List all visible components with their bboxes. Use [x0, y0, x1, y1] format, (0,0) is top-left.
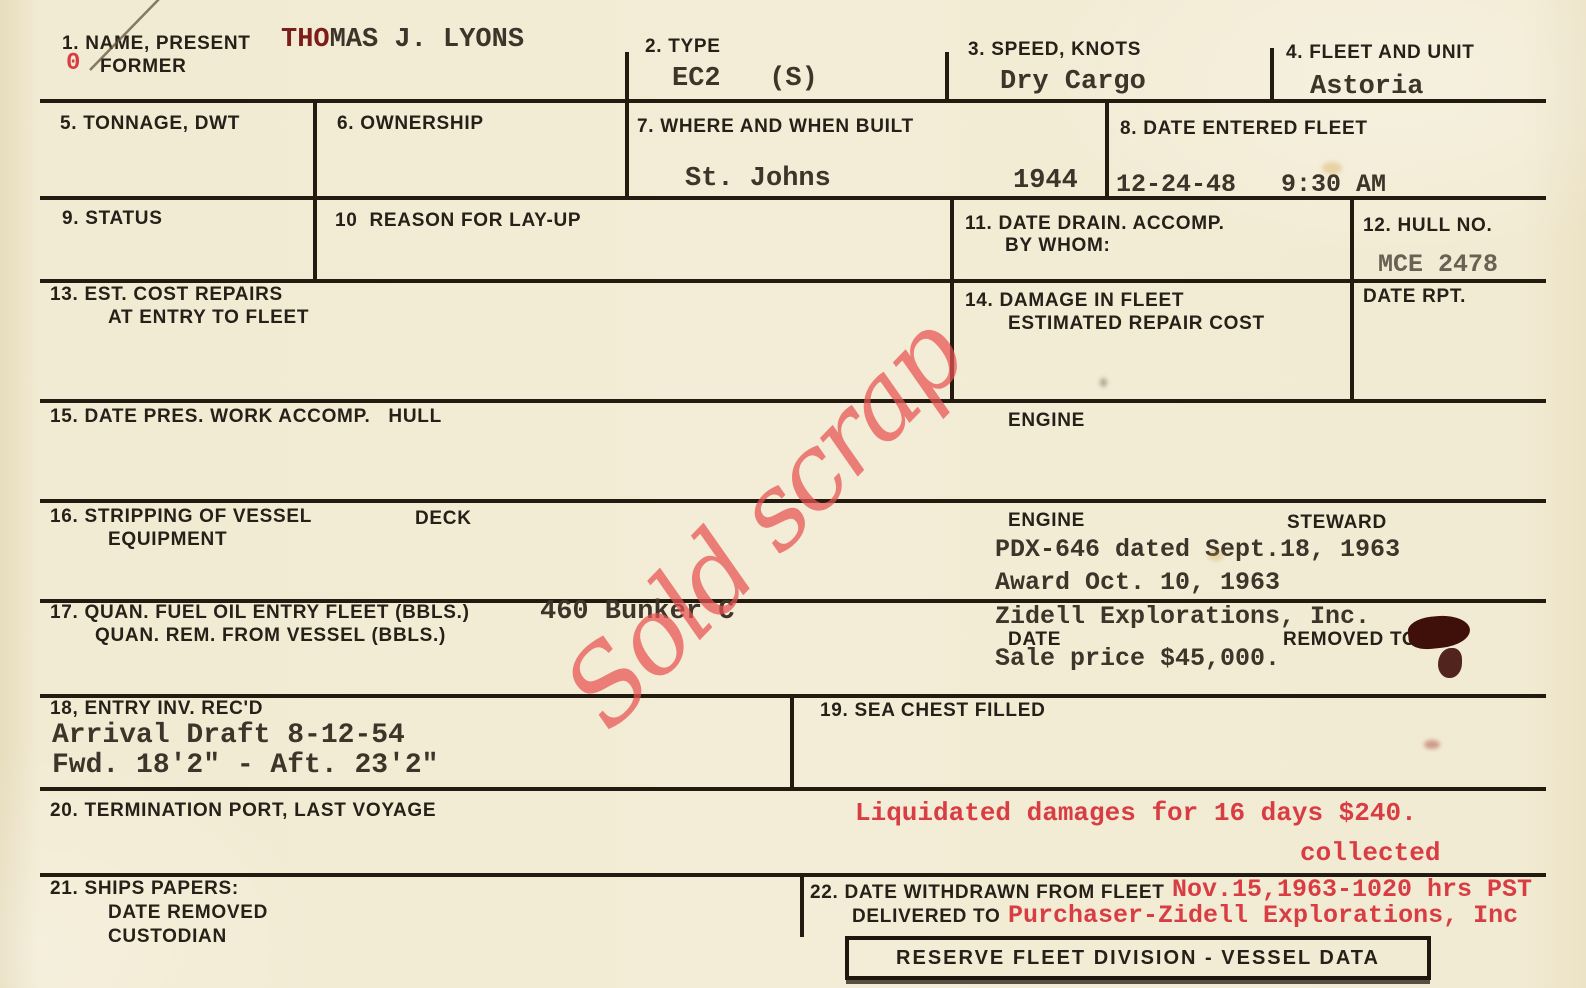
divider [800, 873, 804, 937]
divider [790, 694, 794, 788]
field-1-name-value: THOMAS J. LYONS [281, 25, 524, 55]
field-9-status-label: 9. STATUS [62, 208, 163, 230]
divider [1105, 99, 1109, 197]
field-7-built-year: 1944 [1013, 166, 1078, 196]
name-value-black-part: MAS J. LYONS [330, 25, 524, 55]
field-2-type-label: 2. TYPE [645, 36, 721, 58]
field-16-stripping-label: 16. STRIPPING OF VESSEL [50, 506, 312, 528]
field-16-engine-label: ENGINE [1008, 510, 1085, 532]
arrival-draft-line: Arrival Draft 8-12-54 [52, 720, 405, 751]
date-rpt-label: DATE RPT. [1363, 286, 1466, 308]
field-8-entered-label: 8. DATE ENTERED FLEET [1120, 118, 1368, 140]
field-1-name-label: 1. NAME, PRESENT [62, 33, 251, 55]
field-17-fuel-value: 460 Bunker C [540, 597, 734, 627]
delivered-to-label: DELIVERED TO [852, 906, 1000, 928]
ink-blot [1438, 648, 1462, 678]
divider [625, 99, 629, 197]
withdrawn-date-value: Nov.15,1963-1020 hrs PST [1172, 875, 1532, 904]
divider [625, 52, 629, 100]
field-3-speed-value: Dry Cargo [1000, 67, 1146, 97]
draft-depths-line: Fwd. 18'2" - Aft. 23'2" [52, 750, 438, 781]
ink-blot [1406, 613, 1471, 651]
field-15-engine-label: ENGINE [1008, 410, 1085, 432]
field-17-fuel-label: 17. QUAN. FUEL OIL ENTRY FLEET (BBLS.) [50, 602, 470, 624]
field-6-ownership-label: 6. OWNERSHIP [337, 113, 484, 135]
card-footer-title-box: RESERVE FLEET DIVISION - VESSEL DATA [845, 936, 1431, 980]
divider [945, 52, 949, 100]
field-15-work-label: 15. DATE PRES. WORK ACCOMP. HULL [50, 406, 442, 428]
award-reference-line: PDX-646 dated Sept.18, 1963 [995, 535, 1400, 564]
field-16-equipment-label: EQUIPMENT [108, 529, 227, 551]
field-7-built-place: St. Johns [685, 164, 831, 194]
field-12-hull-label: 12. HULL NO. [1363, 215, 1492, 237]
field-13-estcost-label: 13. EST. COST REPAIRS [50, 284, 283, 306]
delivered-to-value: Purchaser-Zidell Explorations, Inc [1008, 901, 1518, 930]
card-footer-title: RESERVE FLEET DIVISION - VESSEL DATA [896, 947, 1380, 970]
field-21-dateremoved-label: DATE REMOVED [108, 902, 268, 924]
divider [1350, 196, 1354, 280]
field-16-steward-label: STEWARD [1287, 512, 1387, 534]
field-11-drain-label: 11. DATE DRAIN. ACCOMP. [965, 213, 1225, 235]
divider [313, 99, 317, 197]
field-5-tonnage-label: 5. TONNAGE, DWT [60, 113, 240, 135]
field-16-deck-label: DECK [415, 508, 472, 530]
divider [40, 279, 1546, 283]
field-12-hull-value: MCE 2478 [1378, 250, 1498, 279]
field-2-type-value: EC2 (S) [672, 64, 818, 94]
paper-stain [1322, 162, 1342, 174]
buyer-name: Zidell Explorations, Inc. [995, 602, 1370, 631]
removed-to-label: REMOVED TO [1283, 629, 1417, 651]
divider [313, 196, 317, 280]
field-14-damage-label: 14. DAMAGE IN FLEET [965, 290, 1184, 312]
divider [950, 279, 954, 400]
paper-stain [1208, 550, 1224, 561]
sale-price-line: Sale price $45,000. [995, 644, 1280, 673]
former-mark: 0 [66, 50, 80, 77]
field-20-termination-label: 20. TERMINATION PORT, LAST VOYAGE [50, 800, 436, 822]
field-21-papers-label: 21. SHIPS PAPERS: [50, 878, 239, 900]
divider [1270, 48, 1274, 100]
field-10-layup-label: 10 REASON FOR LAY-UP [335, 210, 581, 232]
divider [40, 399, 1546, 403]
field-11-bywhom-label: BY WHOM: [1005, 235, 1111, 257]
divider [950, 196, 954, 280]
field-4-fleet-label: 4. FLEET AND UNIT [1286, 42, 1475, 64]
field-8-entered-value: 12-24-48 9:30 AM [1116, 170, 1386, 199]
field-14-damage-sublabel: ESTIMATED REPAIR COST [1008, 313, 1265, 335]
name-value-red-part: THO [281, 25, 330, 55]
field-4-fleet-value: Astoria [1310, 72, 1423, 102]
vessel-data-card: 1. NAME, PRESENT THOMAS J. LYONS 0 FORME… [0, 0, 1586, 988]
field-18-entryinv-label: 18, ENTRY INV. REC'D [50, 698, 263, 720]
field-3-speed-label: 3. SPEED, KNOTS [968, 39, 1141, 61]
divider [1350, 279, 1354, 400]
red-smudge [1424, 740, 1440, 749]
field-19-seachest-label: 19. SEA CHEST FILLED [820, 700, 1046, 722]
paper-speck [1100, 378, 1107, 387]
field-7-built-label: 7. WHERE AND WHEN BUILT [637, 116, 914, 138]
collected-line: collected [1300, 838, 1440, 868]
former-label: FORMER [100, 56, 187, 78]
divider [40, 499, 1546, 503]
field-17-fuel-sublabel: QUAN. REM. FROM VESSEL (BBLS.) [95, 625, 446, 647]
award-date-line: Award Oct. 10, 1963 [995, 568, 1280, 597]
liquidated-damages-line: Liquidated damages for 16 days $240. [855, 798, 1417, 828]
field-21-custodian-label: CUSTODIAN [108, 926, 227, 948]
field-13-estcost-sublabel: AT ENTRY TO FLEET [108, 307, 309, 329]
